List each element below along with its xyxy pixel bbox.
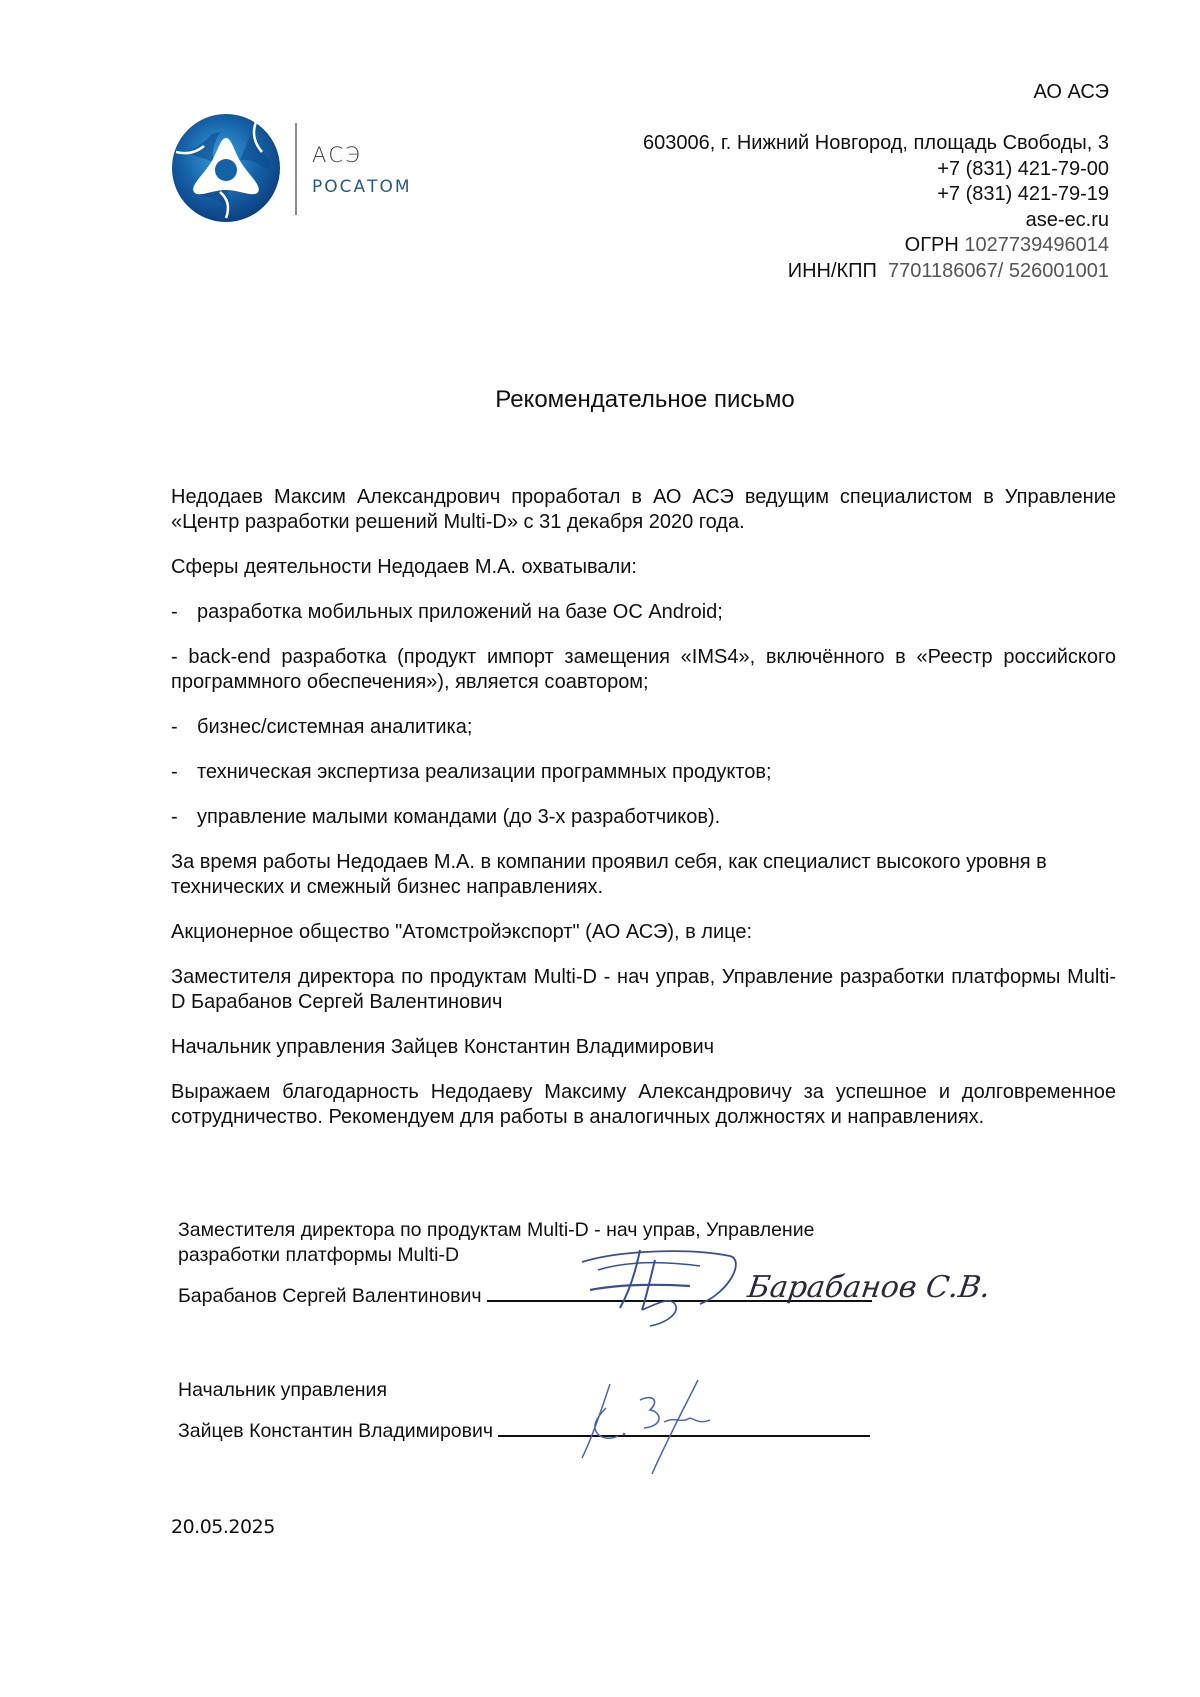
list-item: -техническая экспертиза реализации прогр… bbox=[171, 760, 1116, 785]
phone-2: +7 (831) 421-79-19 bbox=[643, 182, 1109, 208]
logo-subtitle: РОСАТОМ bbox=[312, 177, 412, 197]
company-intro-paragraph: Акционерное общество "Атомстройэкспорт" … bbox=[171, 920, 1116, 945]
signer-position: Начальник управления bbox=[178, 1378, 870, 1403]
website-link[interactable]: ase-ec.ru bbox=[643, 208, 1109, 234]
letter-body: Недодаев Максим Александрович проработал… bbox=[171, 485, 1116, 1150]
document-title: Рекомендательное письмо bbox=[0, 386, 1200, 414]
logo-company-name: АСЭ bbox=[312, 143, 362, 167]
ogrn: ОГРН 1027739496014 bbox=[643, 233, 1109, 259]
list-item: - back-end разработка (продукт импорт за… bbox=[171, 645, 1116, 695]
assessment-paragraph: За время работы Недодаев М.А. в компании… bbox=[171, 850, 1116, 900]
ogrn-value: 1027739496014 bbox=[964, 234, 1109, 256]
address: 603006, г. Нижний Новгород, площадь Своб… bbox=[643, 131, 1109, 157]
representative-1: Заместителя директора по продуктам Multi… bbox=[171, 965, 1116, 1015]
signature-block-2: Начальник управления Зайцев Константин В… bbox=[178, 1378, 870, 1444]
list-item: -управление малыми командами (до 3-х раз… bbox=[171, 805, 1116, 830]
phone-1: +7 (831) 421-79-00 bbox=[643, 157, 1109, 183]
ogrn-label: ОГРН bbox=[905, 234, 959, 256]
signer-name: Зайцев Константин Владимирович bbox=[178, 1420, 493, 1442]
spheres-heading: Сферы деятельности Недодаев М.А. охватыв… bbox=[171, 555, 1116, 580]
contact-block: 603006, г. Нижний Новгород, площадь Своб… bbox=[643, 131, 1109, 284]
inn-kpp-value: 7701186067/ 526001001 bbox=[888, 260, 1109, 282]
signer-position-cont: разработки платформы Multi-D bbox=[178, 1243, 872, 1268]
list-item: -бизнес/системная аналитика; bbox=[171, 715, 1116, 740]
handwritten-name: Барабанов С.В. bbox=[746, 1270, 993, 1305]
org-name: АО АСЭ bbox=[1033, 81, 1109, 104]
signature-mark-2 bbox=[580, 1378, 750, 1478]
signature-mark-1 bbox=[580, 1240, 750, 1330]
signer-name: Барабанов Сергей Валентинович bbox=[178, 1285, 482, 1307]
gratitude-paragraph: Выражаем благодарность Недодаеву Максиму… bbox=[171, 1080, 1116, 1130]
inn-kpp: ИНН/КПП 7701186067/ 526001001 bbox=[643, 259, 1109, 285]
list-item: -разработка мобильных приложений на базе… bbox=[171, 600, 1116, 625]
logo-divider bbox=[295, 123, 297, 215]
intro-paragraph: Недодаев Максим Александрович проработал… bbox=[171, 485, 1116, 535]
inn-kpp-label: ИНН/КПП bbox=[788, 260, 877, 282]
representative-2: Начальник управления Зайцев Константин В… bbox=[171, 1035, 1116, 1060]
signer-position: Заместителя директора по продуктам Multi… bbox=[178, 1218, 872, 1243]
document-date: 20.05.2025 bbox=[171, 1516, 275, 1538]
rosatom-logo-icon bbox=[170, 112, 282, 224]
